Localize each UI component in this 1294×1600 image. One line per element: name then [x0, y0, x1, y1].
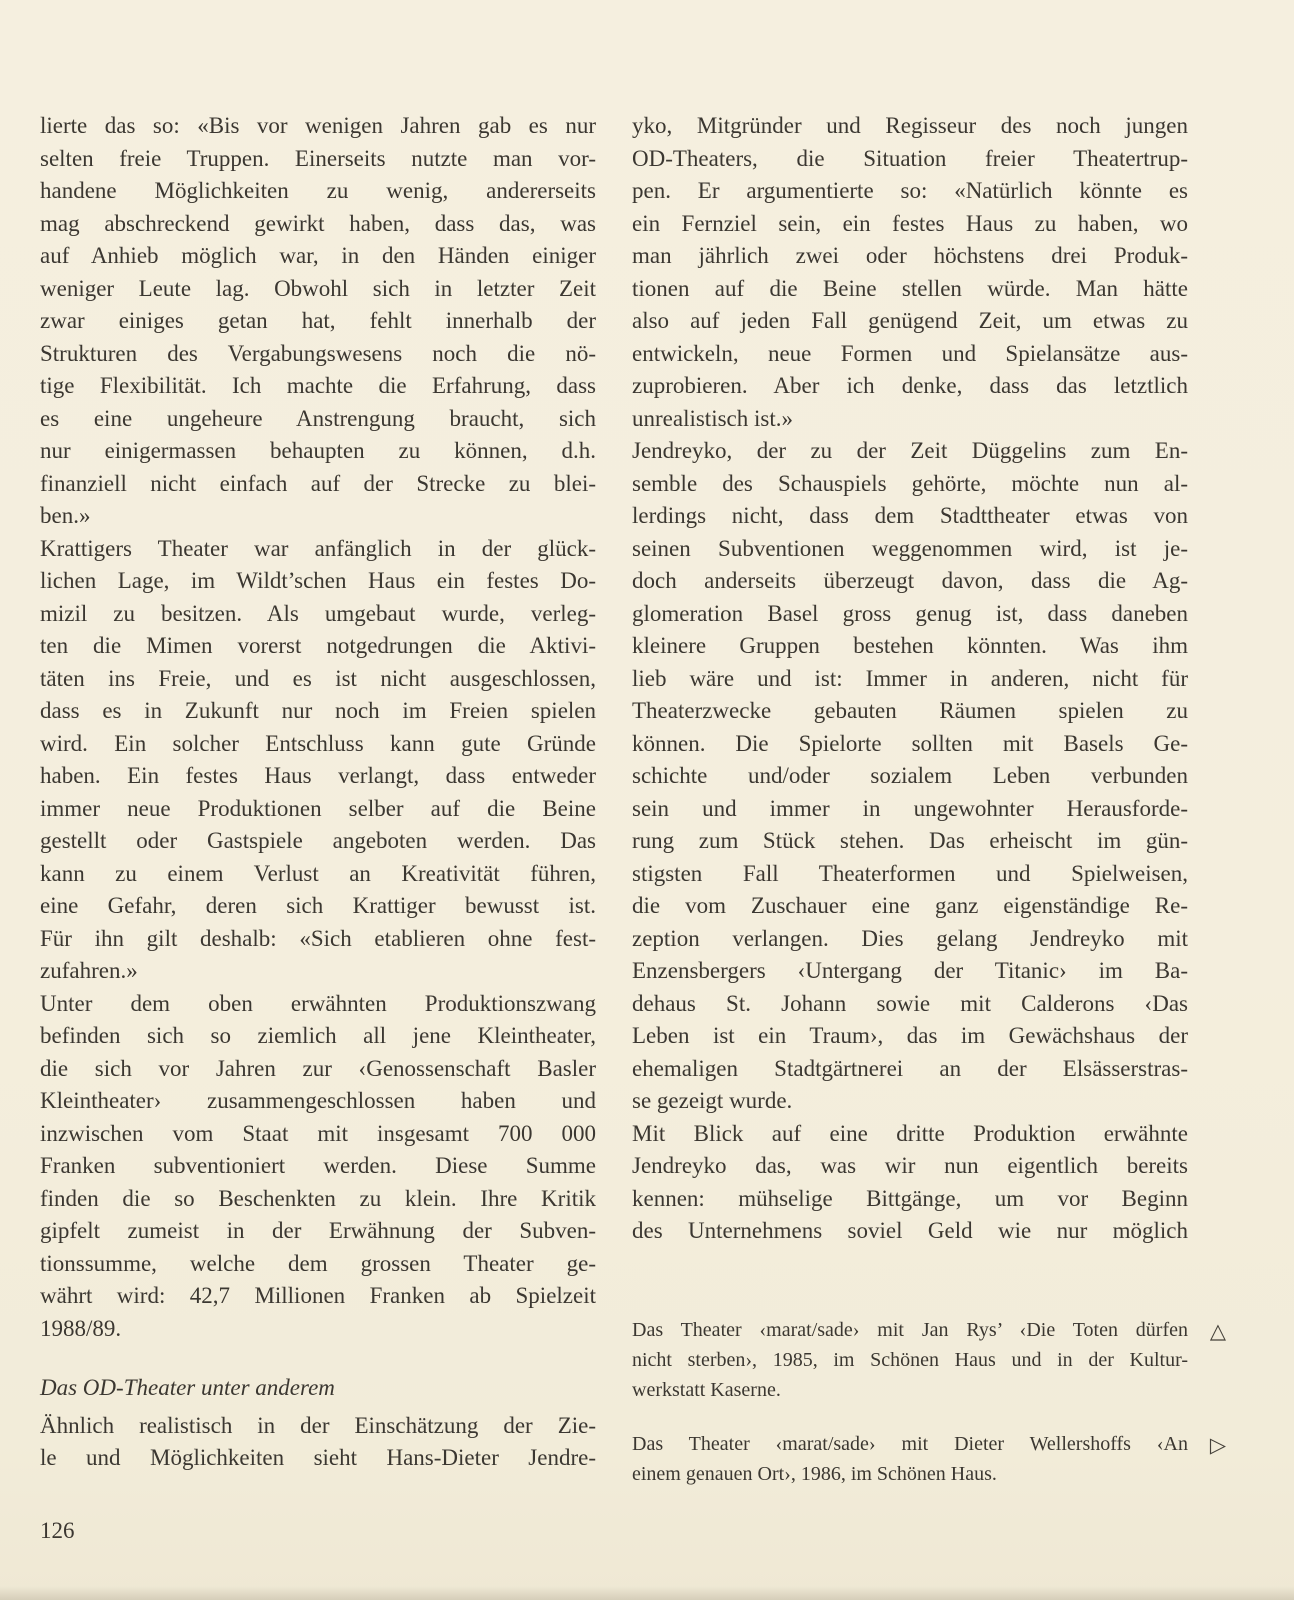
text-line: se gezeigt wurde.: [632, 1085, 1188, 1118]
text-line: auf Anhieb möglich war, in den Händen ei…: [40, 240, 596, 273]
text-line: tionen auf die Beine stellen würde. Man …: [632, 273, 1188, 306]
text-line: entwickeln, neue Formen und Spielansätze…: [632, 338, 1188, 371]
text-line: mag abschreckend gewirkt haben, dass das…: [40, 208, 596, 241]
text-line: tige Flexibilität. Ich machte die Erfahr…: [40, 370, 596, 403]
text-line: Jendreyko das, was wir nun eigentlich be…: [632, 1150, 1188, 1183]
text-line: OD-Theaters, die Situation freier Theate…: [632, 143, 1188, 176]
text-line: semble des Schauspiels gehörte, möchte n…: [632, 468, 1188, 501]
text-line: Krattigers Theater war anfänglich in der…: [40, 533, 596, 566]
text-line: man jährlich zwei oder höchstens drei Pr…: [632, 240, 1188, 273]
text-line: sein und immer in ungewohnter Herausford…: [632, 793, 1188, 826]
text-line: finden die so Beschenkten zu klein. Ihre…: [40, 1183, 596, 1216]
text-line: Mit Blick auf eine dritte Produktion erw…: [632, 1118, 1188, 1151]
text-line: nur einigermassen behaupten zu können, d…: [40, 435, 596, 468]
text-line: 1988/89.: [40, 1313, 596, 1346]
text-line: ben.»: [40, 500, 596, 533]
text-line: zuprobieren. Aber ich denke, dass das le…: [632, 370, 1188, 403]
triangle-right-icon: ▷: [1210, 1430, 1226, 1460]
text-line: zwar einiges getan hat, fehlt innerhalb …: [40, 305, 596, 338]
text-line: Das Theater ‹marat/sade› mit Dieter Well…: [632, 1429, 1188, 1459]
page-bottom-edge-shadow: [0, 1586, 1294, 1600]
text-line: mizil zu besitzen. Als umgebaut wurde, v…: [40, 598, 596, 631]
text-line: befinden sich so ziemlich all jene Klein…: [40, 1020, 596, 1053]
text-line: le und Möglichkeiten sieht Hans-Dieter J…: [40, 1442, 596, 1475]
text-line: also auf jeden Fall genügend Zeit, um et…: [632, 305, 1188, 338]
text-line: einem genauen Ort›, 1986, im Schönen Hau…: [632, 1459, 1188, 1489]
text-line: lichen Lage, im Wildt’schen Haus ein fes…: [40, 565, 596, 598]
paragraph: Unter dem oben erwähnten Produktionszwan…: [40, 988, 596, 1346]
text-line: seinen Subventionen weggenommen wird, is…: [632, 533, 1188, 566]
text-line: Das OD-Theater unter anderem: [40, 1372, 596, 1405]
paragraph: Krattigers Theater war anfänglich in der…: [40, 533, 596, 988]
text-line: nicht sterben›, 1985, im Schönen Haus un…: [632, 1345, 1188, 1375]
text-line: die vom Zuschauer eine ganz eigenständig…: [632, 890, 1188, 923]
text-line: tionssumme, welche dem grossen Theater g…: [40, 1248, 596, 1281]
paragraph: yko, Mitgründer und Regisseur des noch j…: [632, 110, 1188, 435]
text-line: inzwischen vom Staat mit insgesamt 700 0…: [40, 1118, 596, 1151]
text-line: zufahren.»: [40, 955, 596, 988]
text-line: pen. Er argumentierte so: «Natürlich kön…: [632, 175, 1188, 208]
right-text-column: yko, Mitgründer und Regisseur des noch j…: [632, 110, 1188, 1489]
text-line: stigsten Fall Theaterformen und Spielwei…: [632, 858, 1188, 891]
text-line: Für ihn gilt deshalb: «Sich etablieren o…: [40, 923, 596, 956]
text-line: lieb wäre und ist: Immer in anderen, nic…: [632, 663, 1188, 696]
text-line: Leben ist ein Traum›, das im Gewächshaus…: [632, 1020, 1188, 1053]
text-line: handene Möglichkeiten zu wenig, anderers…: [40, 175, 596, 208]
text-line: doch anderseits überzeugt davon, dass di…: [632, 565, 1188, 598]
text-line: haben. Ein festes Haus verlangt, dass en…: [40, 760, 596, 793]
text-line: Ähnlich realistisch in der Einschätzung …: [40, 1410, 596, 1443]
text-line: schichte und/oder sozialem Leben verbund…: [632, 760, 1188, 793]
left-text-column: lierte das so: «Bis vor wenigen Jahren g…: [40, 110, 596, 1475]
paragraph: Jendreyko, der zu der Zeit Düggelins zum…: [632, 435, 1188, 1118]
text-line: kann zu einem Verlust an Kreativität füh…: [40, 858, 596, 891]
photo-caption: Das Theater ‹marat/sade› mit Dieter Well…: [632, 1429, 1188, 1489]
text-line: wird. Ein solcher Entschluss kann gute G…: [40, 728, 596, 761]
text-line: lierte das so: «Bis vor wenigen Jahren g…: [40, 110, 596, 143]
text-line: yko, Mitgründer und Regisseur des noch j…: [632, 110, 1188, 143]
paragraph: Ähnlich realistisch in der Einschätzung …: [40, 1410, 596, 1475]
text-line: gestellt oder Gastspiele angeboten werde…: [40, 825, 596, 858]
text-line: Enzensbergers ‹Untergang der Titanic› im…: [632, 955, 1188, 988]
text-line: lerdings nicht, dass dem Stadttheater et…: [632, 500, 1188, 533]
text-line: dehaus St. Johann sowie mit Calderons ‹D…: [632, 988, 1188, 1021]
section-subheading: Das OD-Theater unter anderem: [40, 1372, 596, 1405]
text-line: die sich vor Jahren zur ‹Genossenschaft …: [40, 1053, 596, 1086]
page-number: 126: [40, 1518, 75, 1544]
text-line: täten ins Freie, und es ist nicht ausges…: [40, 663, 596, 696]
paragraph: lierte das so: «Bis vor wenigen Jahren g…: [40, 110, 596, 533]
text-line: eine Gefahr, deren sich Krattiger bewuss…: [40, 890, 596, 923]
text-line: währt wird: 42,7 Millionen Franken ab Sp…: [40, 1280, 596, 1313]
triangle-up-icon: △: [1210, 1316, 1226, 1346]
text-line: Das Theater ‹marat/sade› mit Jan Rys’ ‹D…: [632, 1315, 1188, 1345]
text-line: Theaterzwecke gebauten Räumen spielen zu: [632, 695, 1188, 728]
text-line: ehemaligen Stadtgärtnerei an der Elsässe…: [632, 1053, 1188, 1086]
text-line: weniger Leute lag. Obwohl sich in letzte…: [40, 273, 596, 306]
book-page: lierte das so: «Bis vor wenigen Jahren g…: [0, 0, 1294, 1600]
text-line: kennen: mühselige Bittgänge, um vor Begi…: [632, 1183, 1188, 1216]
text-line: es eine ungeheure Anstrengung braucht, s…: [40, 403, 596, 436]
text-line: kleinere Gruppen bestehen könnten. Was i…: [632, 630, 1188, 663]
photo-caption: Das Theater ‹marat/sade› mit Jan Rys’ ‹D…: [632, 1315, 1188, 1405]
text-line: können. Die Spielorte sollten mit Basels…: [632, 728, 1188, 761]
text-line: dass es in Zukunft nur noch im Freien sp…: [40, 695, 596, 728]
text-line: immer neue Produktionen selber auf die B…: [40, 793, 596, 826]
paragraph: Mit Blick auf eine dritte Produktion erw…: [632, 1118, 1188, 1248]
text-line: Unter dem oben erwähnten Produktionszwan…: [40, 988, 596, 1021]
text-line: glomeration Basel gross genug ist, dass …: [632, 598, 1188, 631]
text-line: unrealistisch ist.»: [632, 403, 1188, 436]
text-line: Franken subventioniert werden. Diese Sum…: [40, 1150, 596, 1183]
text-line: ein Fernziel sein, ein festes Haus zu ha…: [632, 208, 1188, 241]
text-line: Jendreyko, der zu der Zeit Düggelins zum…: [632, 435, 1188, 468]
text-line: des Unternehmens soviel Geld wie nur mög…: [632, 1215, 1188, 1248]
text-line: finanziell nicht einfach auf der Strecke…: [40, 468, 596, 501]
text-line: zeption verlangen. Dies gelang Jendreyko…: [632, 923, 1188, 956]
text-line: ten die Mimen vorerst notgedrungen die A…: [40, 630, 596, 663]
text-line: gipfelt zumeist in der Erwähnung der Sub…: [40, 1215, 596, 1248]
text-line: Kleintheater› zusammengeschlossen haben …: [40, 1085, 596, 1118]
text-line: Strukturen des Vergabungswesens noch die…: [40, 338, 596, 371]
text-line: werkstatt Kaserne.: [632, 1375, 1188, 1405]
text-line: selten freie Truppen. Einerseits nutzte …: [40, 143, 596, 176]
text-line: rung zum Stück stehen. Das erheischt im …: [632, 825, 1188, 858]
